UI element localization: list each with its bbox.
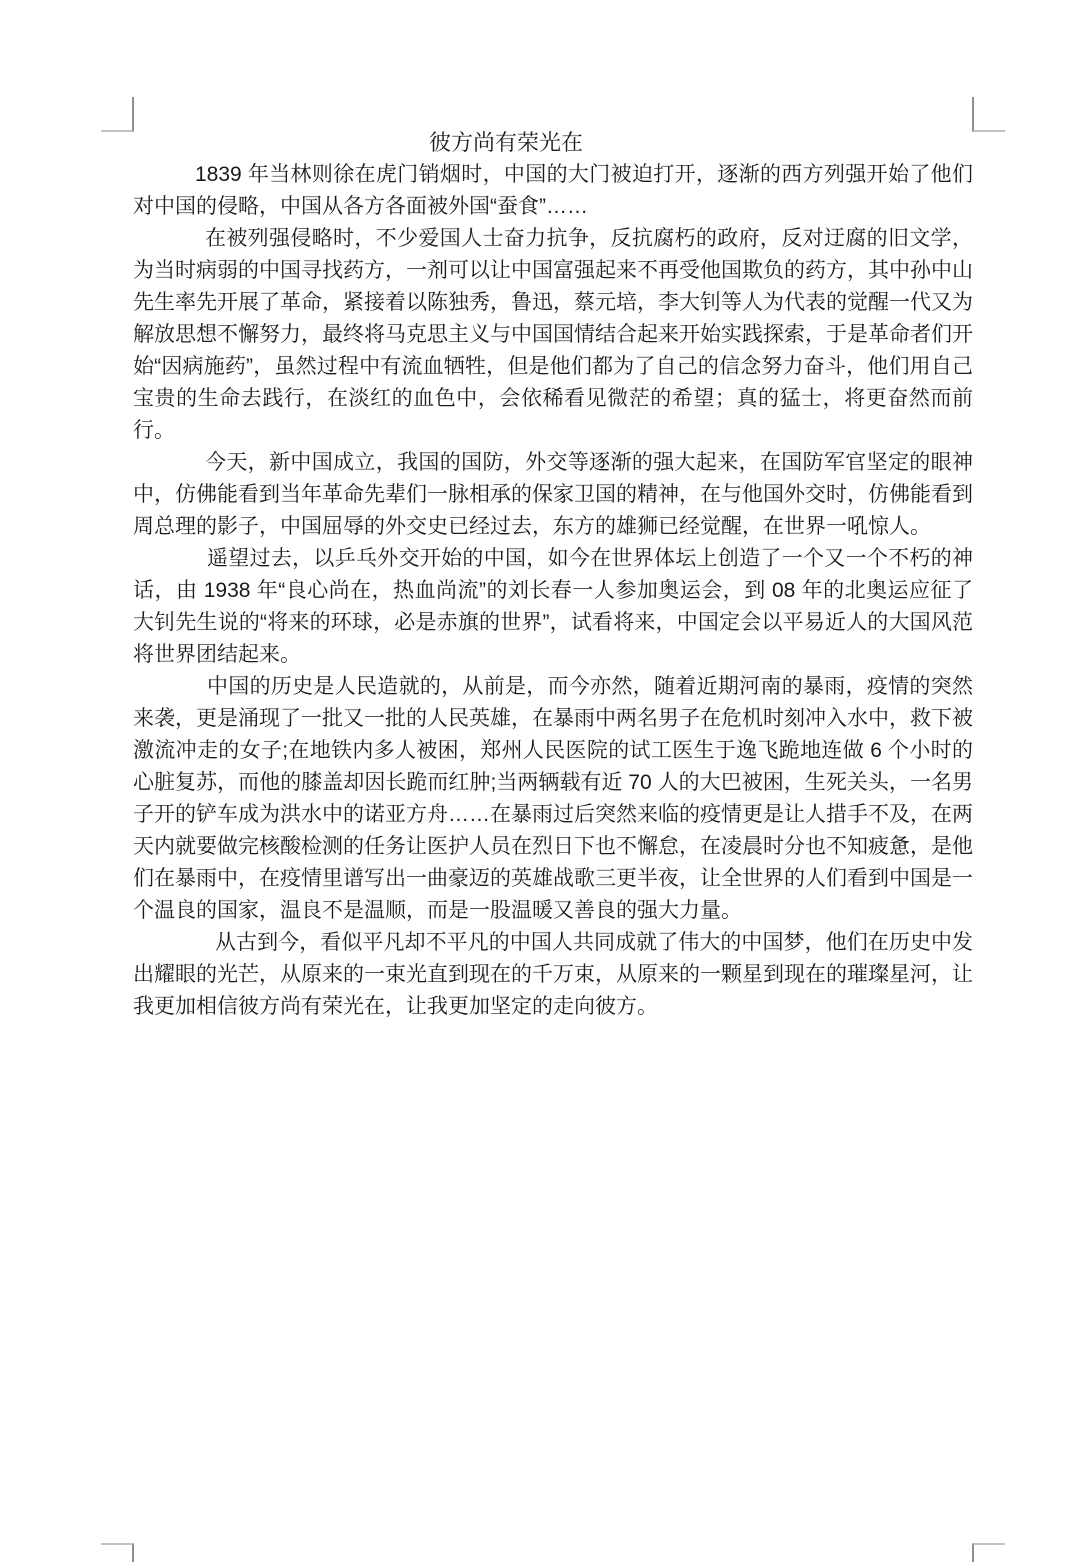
- document-page: 彼方尚有荣光在 1839 年当林则徐在虎门销烟时，中国的大门被迫打开，逐渐的西方…: [0, 0, 1079, 1562]
- paragraph-6: 从古到今，看似平凡却不平凡的中国人共同成就了伟大的中国梦，他们在历史中发出耀眼的…: [133, 927, 973, 1023]
- paragraph-4: 遥望过去，以乒乓外交开始的中国，如今在世界体坛上创造了一个又一个不朽的神话，由 …: [133, 543, 973, 671]
- crop-mark-bottom-right-icon: [972, 1543, 1005, 1562]
- document-content: 彼方尚有荣光在 1839 年当林则徐在虎门销烟时，中国的大门被迫打开，逐渐的西方…: [133, 127, 973, 1023]
- document-title: 彼方尚有荣光在: [133, 127, 973, 159]
- crop-mark-top-right-icon: [972, 97, 1005, 132]
- paragraph-2: 在被列强侵略时，不少爱国人士奋力抗争，反抗腐朽的政府，反对迂腐的旧文学，为当时病…: [133, 223, 973, 447]
- crop-mark-top-left-icon: [101, 97, 134, 132]
- crop-mark-bottom-left-icon: [101, 1543, 134, 1562]
- paragraph-1: 1839 年当林则徐在虎门销烟时，中国的大门被迫打开，逐渐的西方列强开始了他们对…: [133, 159, 973, 223]
- paragraph-5: 中国的历史是人民造就的，从前是，而今亦然，随着近期河南的暴雨，疫情的突然来袭，更…: [133, 671, 973, 927]
- paragraph-3: 今天，新中国成立，我国的国防，外交等逐渐的强大起来，在国防军官坚定的眼神中，仿佛…: [133, 447, 973, 543]
